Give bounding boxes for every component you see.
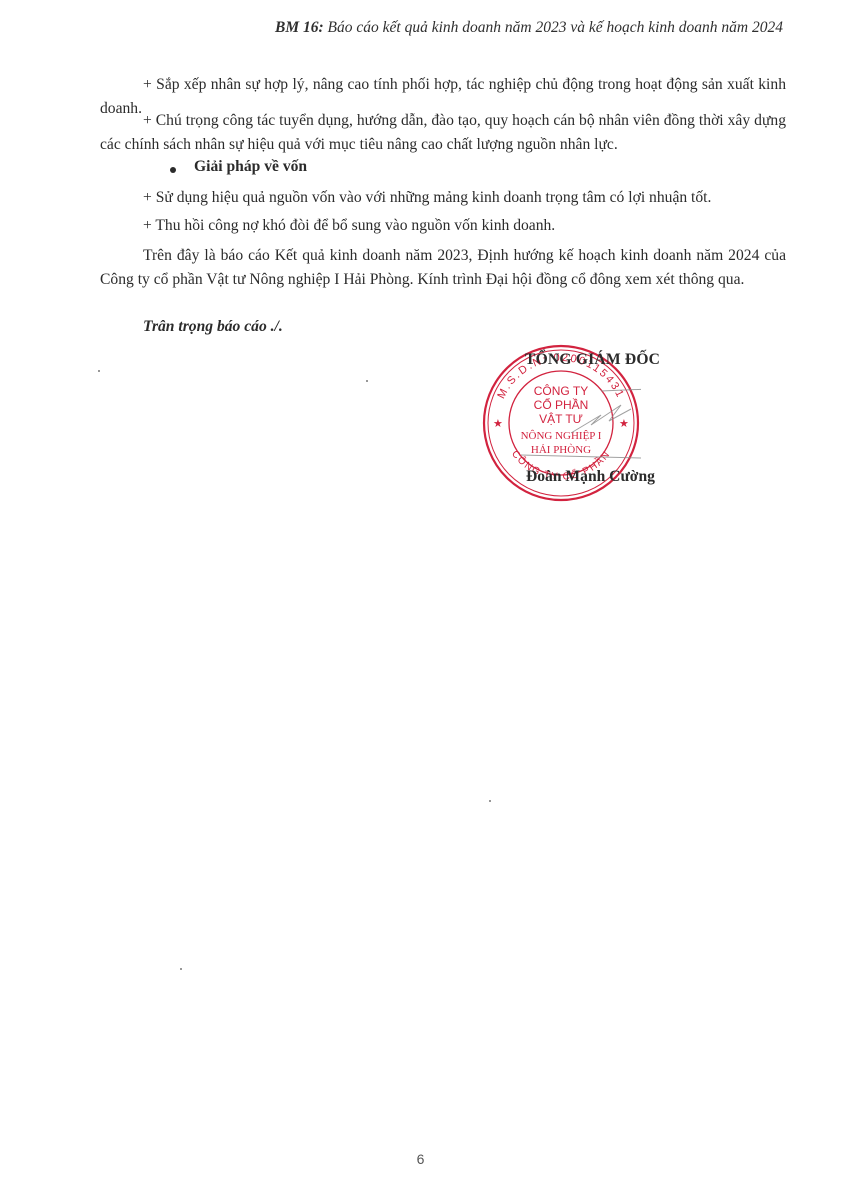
svg-text:VẬT TƯ: VẬT TƯ bbox=[539, 411, 583, 426]
paragraph-capital-use: + Sử dụng hiệu quả nguồn vốn vào với nhữ… bbox=[100, 186, 786, 210]
paragraph-conclusion: Trên đây là báo cáo Kết quả kinh doanh n… bbox=[100, 244, 786, 292]
form-code: BM 16: bbox=[275, 19, 324, 36]
svg-text:CÔNG TY: CÔNG TY bbox=[534, 383, 588, 398]
page-header: BM 16: Báo cáo kết quả kinh doanh năm 20… bbox=[275, 19, 783, 37]
header-title: Báo cáo kết quả kinh doanh năm 2023 và k… bbox=[328, 19, 783, 36]
closing-remark: Trân trọng báo cáo ./. bbox=[143, 318, 283, 336]
signatory-name: Đoàn Mạnh Cường bbox=[526, 468, 655, 486]
svg-text:NÔNG NGHIỆP I: NÔNG NGHIỆP I bbox=[521, 430, 602, 442]
section-heading-capital: Giải pháp về vốn bbox=[194, 158, 307, 176]
svg-text:HẢI PHÒNG: HẢI PHÒNG bbox=[531, 444, 591, 456]
scan-speck bbox=[180, 968, 182, 970]
bullet-icon bbox=[170, 167, 176, 173]
document-page: BM 16: Báo cáo kết quả kinh doanh năm 20… bbox=[0, 0, 841, 1200]
svg-text:★: ★ bbox=[619, 418, 629, 430]
scan-speck bbox=[98, 370, 100, 372]
scan-speck bbox=[366, 380, 368, 382]
svg-text:★: ★ bbox=[493, 418, 503, 430]
paragraph-recruitment: + Chú trọng công tác tuyển dụng, hướng d… bbox=[100, 109, 786, 157]
page-number: 6 bbox=[0, 1151, 841, 1167]
signatory-title: TỔNG GIÁM ĐỐC bbox=[525, 351, 660, 369]
scan-speck bbox=[489, 800, 491, 802]
svg-text:CỔ PHẦN: CỔ PHẦN bbox=[534, 397, 589, 412]
paragraph-debt-recovery: + Thu hồi công nợ khó đòi để bổ sung vào… bbox=[100, 214, 786, 238]
